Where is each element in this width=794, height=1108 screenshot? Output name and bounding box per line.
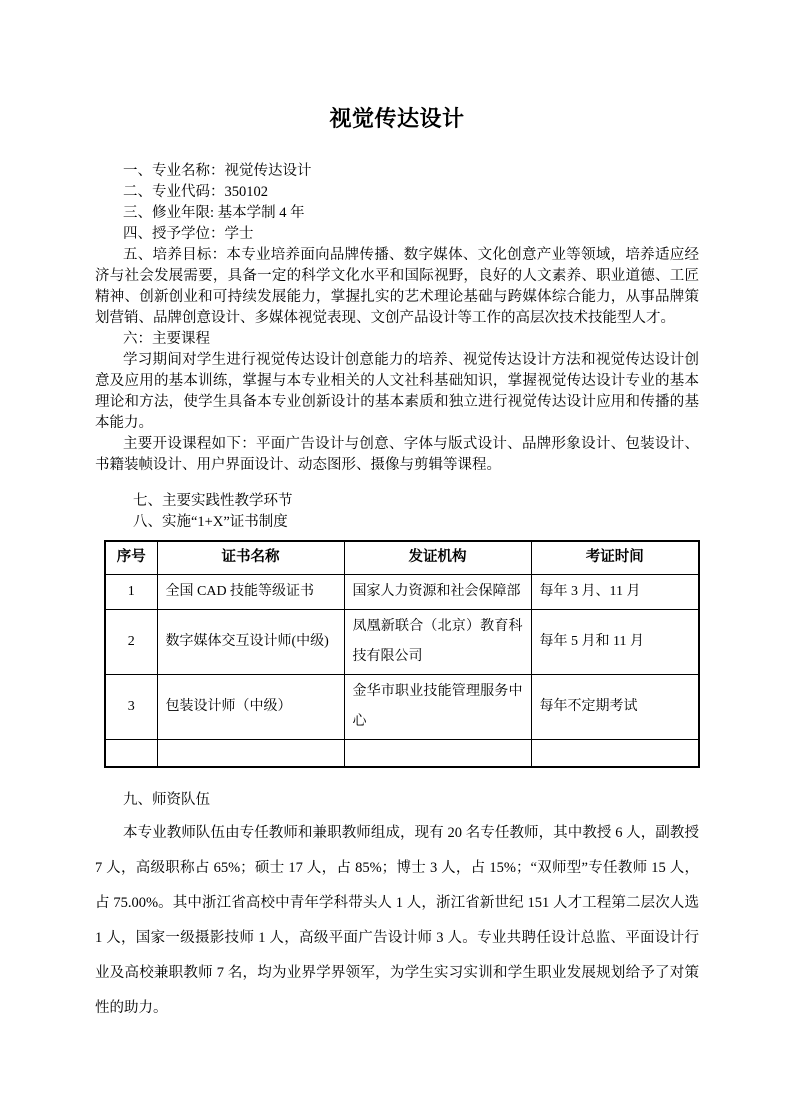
cell-certificate-name: 数字媒体交互设计师(中级): [157, 609, 344, 674]
certificate-table: 序号 证书名称 发证机构 考证时间 1 全国 CAD 技能等级证书 国家人力资源…: [104, 540, 700, 768]
table-row: 1 全国 CAD 技能等级证书 国家人力资源和社会保障部 每年 3 月、11 月: [105, 574, 699, 609]
column-header-index: 序号: [105, 541, 157, 574]
document-title: 视觉传达设计: [95, 104, 699, 134]
cell-exam-time: [531, 739, 699, 767]
table-header-row: 序号 证书名称 发证机构 考证时间: [105, 541, 699, 574]
faculty-paragraph: 本专业教师队伍由专任教师和兼职教师组成，现有 20 名专任教师，其中教授 6 人…: [95, 816, 699, 1026]
item-degree: 四、授予学位：学士: [95, 224, 699, 245]
training-objective-paragraph: 五、培养目标：本专业培养面向品牌传播、数字媒体、文化创意产业等领域，培养适应经济…: [95, 245, 699, 329]
item-major-name: 一、专业名称：视觉传达设计: [95, 161, 699, 182]
cell-issuing-agency: 金华市职业技能管理服务中心: [344, 674, 531, 739]
item-study-duration: 三、修业年限: 基本学制 4 年: [95, 203, 699, 224]
column-header-certificate-name: 证书名称: [157, 541, 344, 574]
cell-exam-time: 每年 5 月和 11 月: [531, 609, 699, 674]
table-row-empty: [105, 739, 699, 767]
courses-paragraph-2: 主要开设课程如下：平面广告设计与创意、字体与版式设计、品牌形象设计、包装设计、书…: [95, 434, 699, 476]
cell-exam-time: 每年不定期考试: [531, 674, 699, 739]
cell-index: [105, 739, 157, 767]
cell-issuing-agency: 国家人力资源和社会保障部: [344, 574, 531, 609]
cell-index: 3: [105, 674, 157, 739]
column-header-exam-time: 考证时间: [531, 541, 699, 574]
cell-index: 1: [105, 574, 157, 609]
cell-certificate-name: 包装设计师（中级）: [157, 674, 344, 739]
courses-heading: 六：主要课程: [95, 329, 699, 350]
cell-index: 2: [105, 609, 157, 674]
document-page: 视觉传达设计 一、专业名称：视觉传达设计 二、专业代码：350102 三、修业年…: [0, 0, 794, 1108]
faculty-heading: 九、师资队伍: [95, 790, 699, 811]
cell-issuing-agency: [344, 739, 531, 767]
column-header-issuing-agency: 发证机构: [344, 541, 531, 574]
table-row: 2 数字媒体交互设计师(中级) 凤凰新联合（北京）教育科技有限公司 每年 5 月…: [105, 609, 699, 674]
cell-certificate-name: 全国 CAD 技能等级证书: [157, 574, 344, 609]
cell-certificate-name: [157, 739, 344, 767]
certificate-heading: 八、实施“1+X”证书制度: [95, 512, 699, 533]
courses-paragraph-1: 学习期间对学生进行视觉传达设计创意能力的培养、视觉传达设计方法和视觉传达设计创意…: [95, 350, 699, 434]
item-major-code: 二、专业代码：350102: [95, 182, 699, 203]
practice-heading: 七、主要实践性教学环节: [95, 491, 699, 512]
cell-exam-time: 每年 3 月、11 月: [531, 574, 699, 609]
table-row: 3 包装设计师（中级） 金华市职业技能管理服务中心 每年不定期考试: [105, 674, 699, 739]
cell-issuing-agency: 凤凰新联合（北京）教育科技有限公司: [344, 609, 531, 674]
